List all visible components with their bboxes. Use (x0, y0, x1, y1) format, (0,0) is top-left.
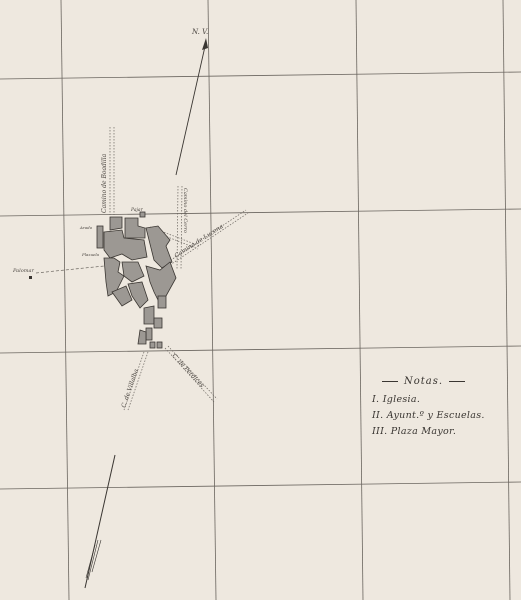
label-camino-cerro: Camino del Cerro (182, 188, 188, 233)
label-pajar: Pajar (130, 207, 144, 213)
grid-lines (0, 0, 521, 600)
palomar-marker-icon (29, 276, 32, 279)
label-camino-boadilla: Camino de Boadilla (101, 153, 108, 213)
legend: Notas. I. Iglesia. II. Ayunt.º y Escuela… (372, 376, 521, 440)
legend-item-plaza-mayor: III. Plaza Mayor. (372, 424, 521, 440)
north-label: N. V. (191, 28, 208, 36)
label-camino-perdices: C. de Perdices (171, 353, 206, 390)
road-camino-boadilla (110, 127, 114, 215)
label-camino-villalba: C. de Villalba (120, 368, 140, 409)
legend-title-text: Notas. (404, 376, 443, 387)
legend-dash-right (449, 381, 465, 382)
road-palomar (36, 266, 104, 273)
roads (36, 127, 248, 410)
label-palomar: Palomar (12, 268, 34, 274)
legend-item-ayuntamiento: II. Ayunt.º y Escuelas. (372, 408, 521, 424)
scale-bar-icon (85, 455, 115, 588)
label-arado: Arado (79, 225, 93, 230)
legend-title: Notas. (382, 376, 521, 387)
town-map: N. V. (0, 0, 521, 600)
legend-item-iglesia: I. Iglesia. (372, 392, 521, 408)
label-plazuela: Plazuela (81, 252, 100, 257)
north-arrow-icon: N. V. (176, 28, 208, 175)
legend-dash-left (382, 381, 398, 382)
